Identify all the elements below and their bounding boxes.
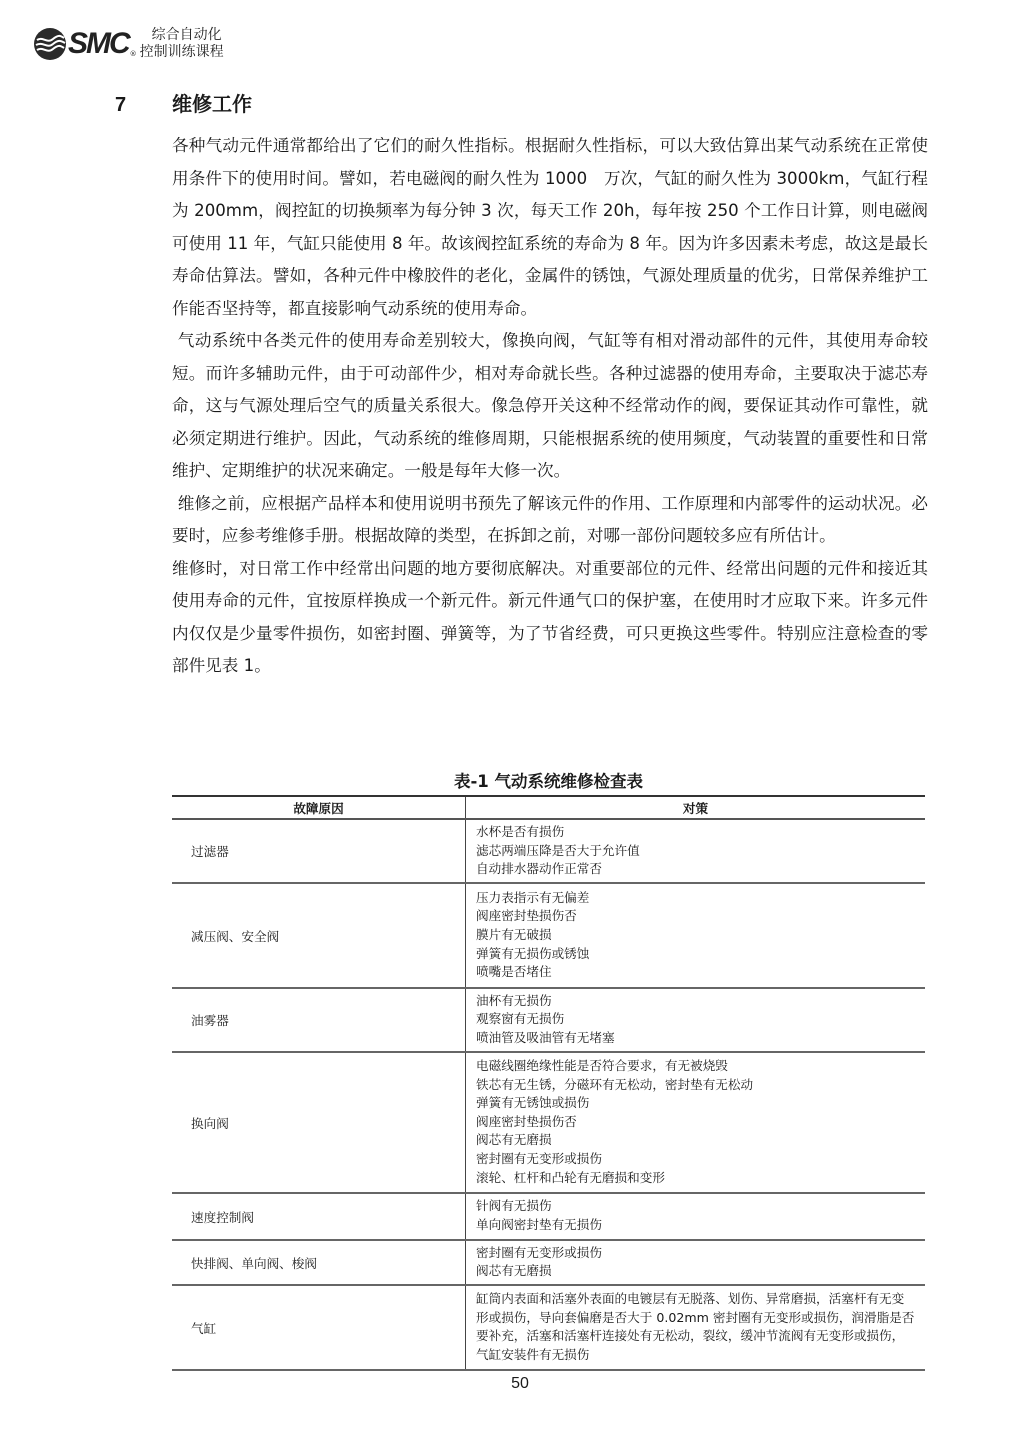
table-row: 油雾器 油杯有无损伤 观察窗有无损伤 喷油管及吸油管有无堵塞 bbox=[172, 988, 925, 1052]
measure-item: 阀座密封垫损伤否 bbox=[476, 907, 915, 926]
measure-item: 油杯有无损伤 bbox=[476, 992, 915, 1011]
cause-cell: 气缸 bbox=[172, 1285, 466, 1370]
table-row: 换向阀 电磁线圈绝缘性能是否符合要求，有无被烧毁 铁芯有无生锈，分磁环有无松动，… bbox=[172, 1052, 925, 1193]
measures-cell: 缸筒内表面和活塞外表面的电镀层有无脱落、划伤、异常磨损，活塞杆有无变形或损伤，导… bbox=[466, 1285, 926, 1370]
measure-item: 单向阀密封垫有无损伤 bbox=[476, 1216, 915, 1235]
table-row: 速度控制阀 针阀有无损伤 单向阀密封垫有无损伤 bbox=[172, 1193, 925, 1240]
measure-item: 密封圈有无变形或损伤 bbox=[476, 1244, 915, 1263]
course-title-line1: 综合自动化 bbox=[140, 27, 224, 44]
measures-cell: 针阀有无损伤 单向阀密封垫有无损伤 bbox=[466, 1193, 926, 1240]
paragraph-service-life: 气动系统中各类元件的使用寿命差别较大，像换向阀，气缸等有相对滑动部件的元件，其使… bbox=[172, 325, 928, 488]
measure-item: 观察窗有无损伤 bbox=[476, 1010, 915, 1029]
body-text: 各种气动元件通常都给出了它们的耐久性指标。根据耐久性指标，可以大致估算出某气动系… bbox=[172, 130, 928, 683]
cause-cell: 减压阀、安全阀 bbox=[172, 883, 466, 988]
measure-item: 阀芯有无磨损 bbox=[476, 1131, 915, 1150]
measure-item: 缸筒内表面和活塞外表面的电镀层有无脱落、划伤、异常磨损，活塞杆有无变形或损伤，导… bbox=[476, 1291, 914, 1362]
paragraph-during-repair: 维修时，对日常工作中经常出问题的地方要彻底解决。对重要部位的元件、经常出问题的元… bbox=[172, 553, 928, 683]
measure-item: 滤芯两端压降是否大于允许值 bbox=[476, 842, 915, 861]
cause-cell: 油雾器 bbox=[172, 988, 466, 1052]
maintenance-check-table: 故障原因 对策 过滤器 水杯是否有损伤 滤芯两端压降是否大于允许值 自动排水器动… bbox=[172, 795, 925, 1371]
measure-item: 压力表指示有无偏差 bbox=[476, 889, 915, 908]
measure-item: 弹簧有无锈蚀或损伤 bbox=[476, 1094, 915, 1113]
measure-item: 弹簧有无损伤或锈蚀 bbox=[476, 945, 915, 964]
measures-cell: 电磁线圈绝缘性能是否符合要求，有无被烧毁 铁芯有无生锈，分磁环有无松动，密封垫有… bbox=[466, 1052, 926, 1193]
measure-item: 滚轮、杠杆和凸轮有无磨损和变形 bbox=[476, 1169, 915, 1188]
section-number: 7 bbox=[115, 94, 172, 117]
page-header: SMC ® 综合自动化 控制训练课程 bbox=[33, 24, 224, 64]
paragraph-lifetime-estimate: 各种气动元件通常都给出了它们的耐久性指标。根据耐久性指标，可以大致估算出某气动系… bbox=[172, 130, 928, 325]
measure-item: 喷油管及吸油管有无堵塞 bbox=[476, 1029, 915, 1048]
cause-cell: 换向阀 bbox=[172, 1052, 466, 1193]
measure-item: 自动排水器动作正常否 bbox=[476, 860, 915, 879]
table-header-row: 故障原因 对策 bbox=[172, 796, 925, 819]
measure-item: 针阀有无损伤 bbox=[476, 1197, 915, 1216]
page-number: 50 bbox=[0, 1375, 1024, 1393]
brand-logo-text: SMC bbox=[68, 27, 129, 61]
paragraph-before-repair: 维修之前，应根据产品样本和使用说明书预先了解该元件的作用、工作原理和内部零件的运… bbox=[172, 488, 928, 553]
smc-logo-icon bbox=[33, 27, 67, 61]
measure-item: 密封圈有无变形或损伤 bbox=[476, 1150, 915, 1169]
registered-mark: ® bbox=[130, 50, 137, 58]
table-row: 气缸 缸筒内表面和活塞外表面的电镀层有无脱落、划伤、异常磨损，活塞杆有无变形或损… bbox=[172, 1285, 925, 1370]
measures-cell: 油杯有无损伤 观察窗有无损伤 喷油管及吸油管有无堵塞 bbox=[466, 988, 926, 1052]
measure-item: 阀座密封垫损伤否 bbox=[476, 1113, 915, 1132]
measures-cell: 水杯是否有损伤 滤芯两端压降是否大于允许值 自动排水器动作正常否 bbox=[466, 819, 926, 883]
section-title: 维修工作 bbox=[172, 88, 252, 117]
course-title-line2: 控制训练课程 bbox=[140, 44, 224, 61]
measure-item: 喷嘴是否堵住 bbox=[476, 963, 915, 982]
column-header-measures: 对策 bbox=[466, 796, 926, 819]
course-title: 综合自动化 控制训练课程 bbox=[140, 27, 224, 61]
table-row: 过滤器 水杯是否有损伤 滤芯两端压降是否大于允许值 自动排水器动作正常否 bbox=[172, 819, 925, 883]
table-row: 快排阀、单向阀、梭阀 密封圈有无变形或损伤 阀芯有无磨损 bbox=[172, 1240, 925, 1285]
table-caption: 表-1 气动系统维修检查表 bbox=[172, 768, 925, 792]
cause-cell: 速度控制阀 bbox=[172, 1193, 466, 1240]
cause-cell: 过滤器 bbox=[172, 819, 466, 883]
column-header-cause: 故障原因 bbox=[172, 796, 466, 819]
section-heading: 7 维修工作 bbox=[115, 88, 252, 117]
measure-item: 水杯是否有损伤 bbox=[476, 823, 915, 842]
measures-cell: 密封圈有无变形或损伤 阀芯有无磨损 bbox=[466, 1240, 926, 1285]
measures-cell: 压力表指示有无偏差 阀座密封垫损伤否 膜片有无破损 弹簧有无损伤或锈蚀 喷嘴是否… bbox=[466, 883, 926, 988]
measure-item: 铁芯有无生锈，分磁环有无松动，密封垫有无松动 bbox=[476, 1076, 915, 1095]
measure-item: 膜片有无破损 bbox=[476, 926, 915, 945]
table-row: 减压阀、安全阀 压力表指示有无偏差 阀座密封垫损伤否 膜片有无破损 弹簧有无损伤… bbox=[172, 883, 925, 988]
measure-item: 电磁线圈绝缘性能是否符合要求，有无被烧毁 bbox=[476, 1057, 915, 1076]
cause-cell: 快排阀、单向阀、梭阀 bbox=[172, 1240, 466, 1285]
measure-item: 阀芯有无磨损 bbox=[476, 1262, 915, 1281]
